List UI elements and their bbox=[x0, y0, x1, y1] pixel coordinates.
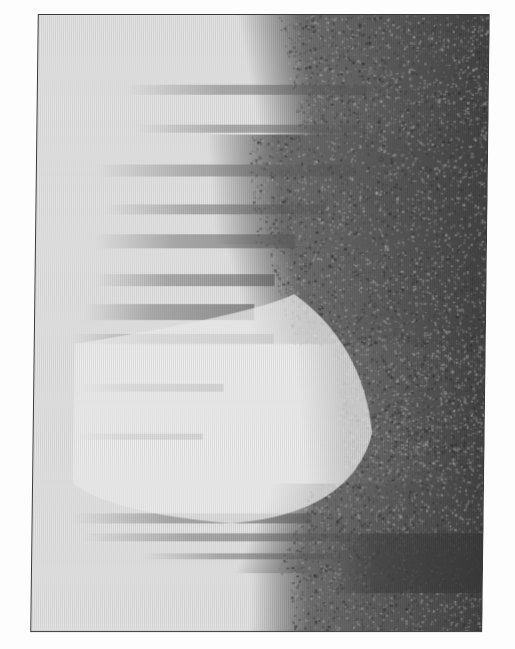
page bbox=[0, 0, 515, 649]
halftone-photograph bbox=[30, 14, 490, 632]
photo-canvas bbox=[31, 15, 489, 631]
